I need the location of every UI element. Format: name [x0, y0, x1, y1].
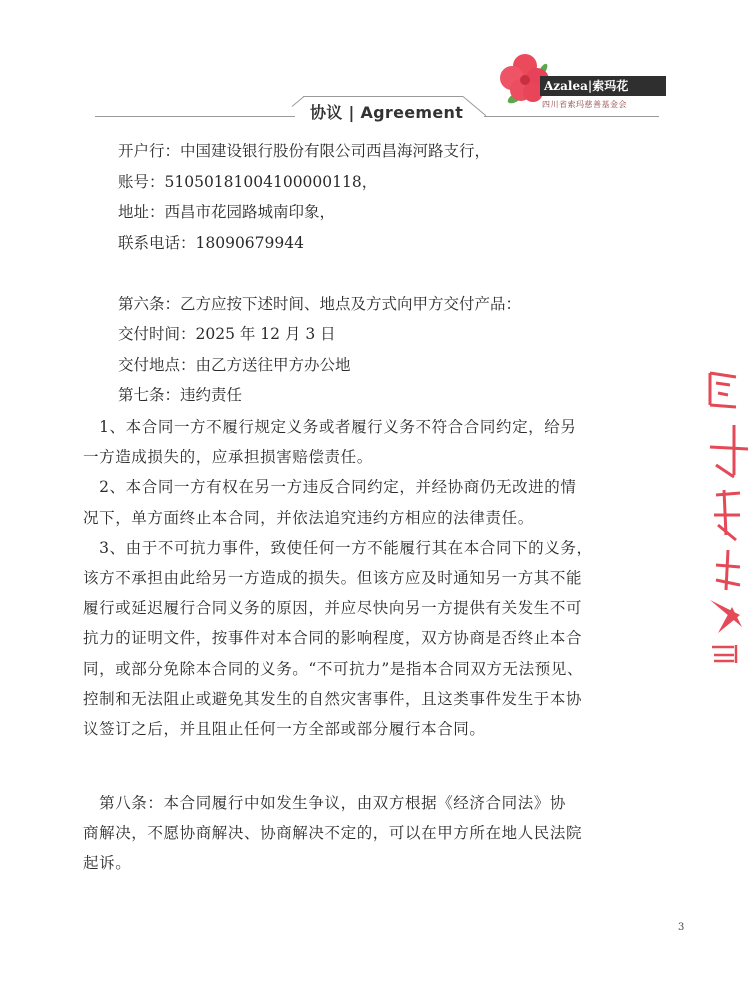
header-rule [463, 96, 487, 116]
phone: 联系电话：18090679944 [118, 228, 678, 259]
address: 地址：西昌市花园路城南印象， [118, 197, 678, 228]
clause2-line: 2、本合同一方有权在另一方违反合同约定，并经协商仍无改进的情 [83, 472, 673, 502]
clause1-line: 一方造成损失的，应承担损害赔偿责任。 [83, 442, 673, 472]
header-title: 协议 | Agreement [310, 100, 463, 123]
article6-heading: 第六条：乙方应按下述时间、地点及方式向甲方交付产品： [118, 289, 678, 320]
article8-line: 第八条：本合同履行中如发生争议，由双方根据《经济合同法》协 [83, 788, 673, 818]
article8-line: 商解决，不愿协商解决、协商解决不定的，可以在甲方所在地人民法院 [83, 818, 673, 848]
clause3-line: 控制和无法阻止或避免其发生的自然灾害事件，且这类事件发生于本协 [83, 684, 673, 714]
clause1-line: 1、本合同一方不履行规定义务或者履行义务不符合合同约定，给另 [83, 412, 673, 442]
article8-line: 起诉。 [83, 848, 673, 878]
header-rule [292, 96, 305, 107]
article7-clauses: 1、本合同一方不履行规定义务或者履行义务不符合合同约定，给另 一方造成损失的，应… [83, 412, 673, 744]
spacer [118, 258, 678, 289]
clause3-line: 3、由于不可抗力事件，致使任何一方不能履行其在本合同下的义务， [83, 533, 673, 563]
red-seal-stamp-icon [696, 365, 750, 665]
clause3-line: 议签订之后，并且阻止任何一方全部或部分履行本合同。 [83, 714, 673, 744]
logo-brand: Azalea|索玛花 [540, 76, 666, 96]
page-header: 协议 | Agreement Azalea|索玛花 四川省索玛慈善基金会 [0, 0, 750, 130]
article7-heading: 第七条：违约责任 [118, 380, 678, 411]
delivery-place: 交付地点：由乙方送往甲方办公地 [118, 350, 678, 381]
account-number: 账号：51050181004100000118， [118, 167, 678, 198]
bank-name: 开户行：中国建设银行股份有限公司西昌海河路支行， [118, 136, 678, 167]
clause3-line: 同，或部分免除本合同的义务。“不可抗力”是指本合同双方无法预见、 [83, 654, 673, 684]
article8: 第八条：本合同履行中如发生争议，由双方根据《经济合同法》协 商解决，不愿协商解决… [83, 788, 673, 879]
clause3-line: 履行或延迟履行合同义务的原因，并应尽快向另一方提供有关发生不可 [83, 593, 673, 623]
logo-subtitle: 四川省索玛慈善基金会 [542, 99, 627, 110]
clause3-line: 该方不承担由此给另一方造成的损失。但该方应及时通知另一方其不能 [83, 563, 673, 593]
clause3-line: 抗力的证明文件，按事件对本合同的影响程度，双方协商是否终止本合 [83, 623, 673, 653]
clause2-line: 况下，单方面终止本合同，并依法追究违约方相应的法律责任。 [83, 503, 673, 533]
page-number: 3 [678, 922, 684, 933]
delivery-time: 交付时间：2025 年 12 月 3 日 [118, 319, 678, 350]
header-rule [95, 116, 295, 117]
header-rule [303, 96, 463, 97]
contract-body-top: 开户行：中国建设银行股份有限公司西昌海河路支行， 账号：510501810041… [118, 136, 678, 411]
azalea-logo: Azalea|索玛花 四川省索玛慈善基金会 [495, 50, 685, 120]
